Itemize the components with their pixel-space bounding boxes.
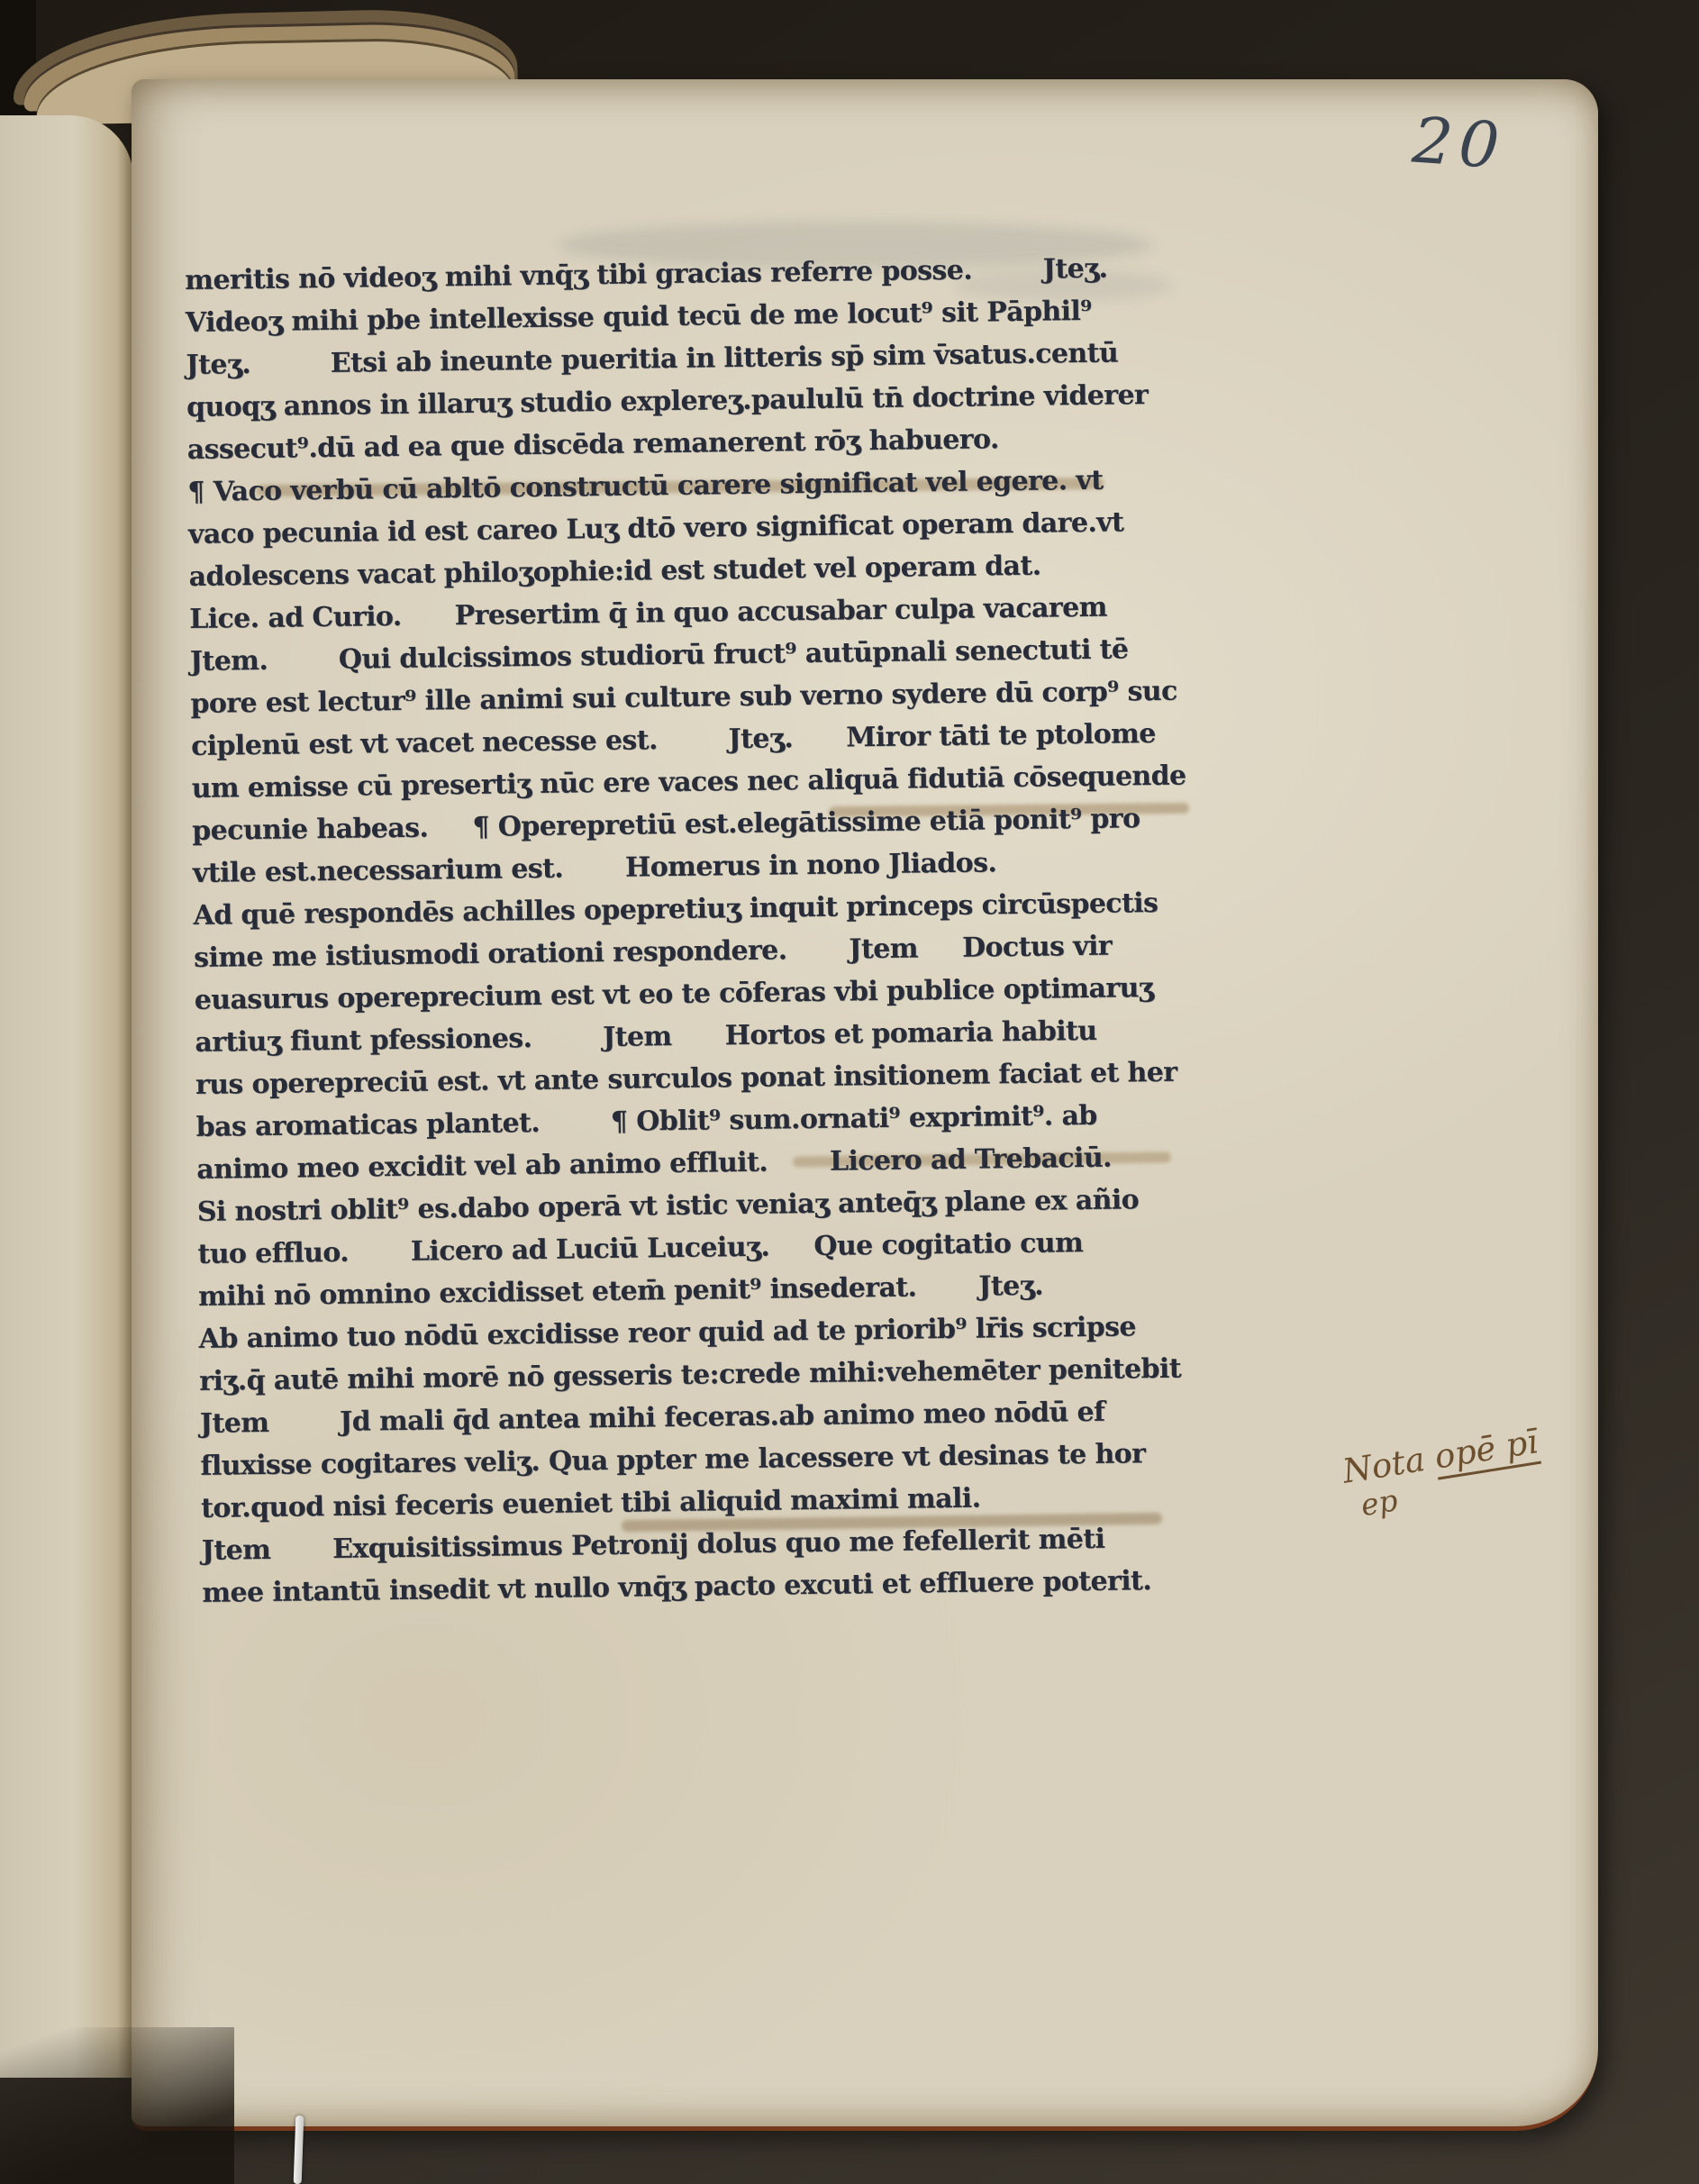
page-bottom-shadow bbox=[0, 2027, 234, 2184]
bookmark-thread bbox=[294, 2116, 304, 2184]
scanned-book-photo: 20 meritis nō videoʒ mihi vnq̄ʒ tibi gra… bbox=[0, 0, 1699, 2184]
folio-number: 20 bbox=[1410, 104, 1508, 184]
facing-page-edge bbox=[0, 115, 133, 2078]
printed-text-block: meritis nō videoʒ mihi vnq̄ʒ tibi gracia… bbox=[185, 247, 1158, 1615]
